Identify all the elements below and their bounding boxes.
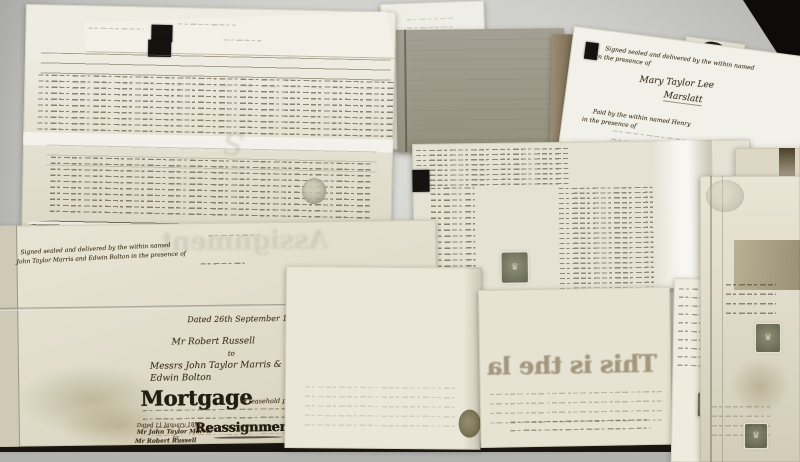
folded-parchment-right: ♛ ♛ (700, 176, 800, 462)
reassignment-underline (213, 436, 283, 439)
vellum-texture-lines (410, 38, 559, 144)
dense-script-block-2 (559, 187, 656, 292)
dense-script-block-1 (416, 148, 569, 188)
dense-script-upper (37, 74, 394, 139)
folded-indenture-top-left: S (21, 4, 396, 244)
crest-stamp-icon: ♛ (764, 334, 772, 343)
crest-stamp-icon: ♛ (752, 432, 760, 441)
mortgage-dated-line: Dated 26th September 187 (187, 314, 297, 325)
crest-stamp-right: ♛ (756, 324, 780, 352)
photo-of-antique-documents: Signed sealed and delivered by the withi… (0, 0, 800, 462)
darker-text-fragment (510, 419, 650, 431)
attestation-signature (201, 262, 245, 271)
pencil-note (208, 234, 260, 242)
docket-script-right (177, 23, 235, 32)
embossed-revenue-stamp: ♛ (502, 252, 528, 282)
vellum-grey-green (396, 28, 565, 152)
crest-stamp-bottom: ♛ (745, 424, 767, 448)
show-through-blackletter: This is the la (487, 349, 657, 381)
parchment-show-through: This is the la (478, 287, 673, 448)
reassignment-party-2: Mr Robert Russell (135, 438, 196, 446)
mortgage-title: Mortgage (140, 384, 252, 411)
witness-signature-2: Marslatt (663, 90, 703, 106)
show-through-rows (305, 386, 455, 427)
olive-seal-blob (459, 410, 481, 438)
right-script-rows (726, 284, 776, 320)
crest-stamp-icon: ♛ (511, 263, 519, 272)
mortgage-to: to (228, 350, 235, 358)
stain-right (730, 356, 790, 416)
embossed-circle-partial (706, 180, 744, 212)
reassignment-title: Reassignment (195, 420, 295, 436)
olive-stain (734, 240, 800, 290)
docket-script-far (223, 39, 261, 48)
mortgage-party-2-line-1: Messrs John Taylor Marris & (150, 360, 282, 372)
witness-signature-1: Mary Taylor Lee (639, 75, 714, 91)
black-wax-seal (412, 170, 429, 192)
vellum-fold-line (404, 30, 407, 152)
mortgage-party-1: Mr Robert Russell (172, 336, 255, 348)
parchment-bottom-middle (284, 266, 482, 450)
docket-script-left (87, 27, 143, 37)
mortgage-party-2-line-2: Edwin Bolton (150, 373, 211, 384)
